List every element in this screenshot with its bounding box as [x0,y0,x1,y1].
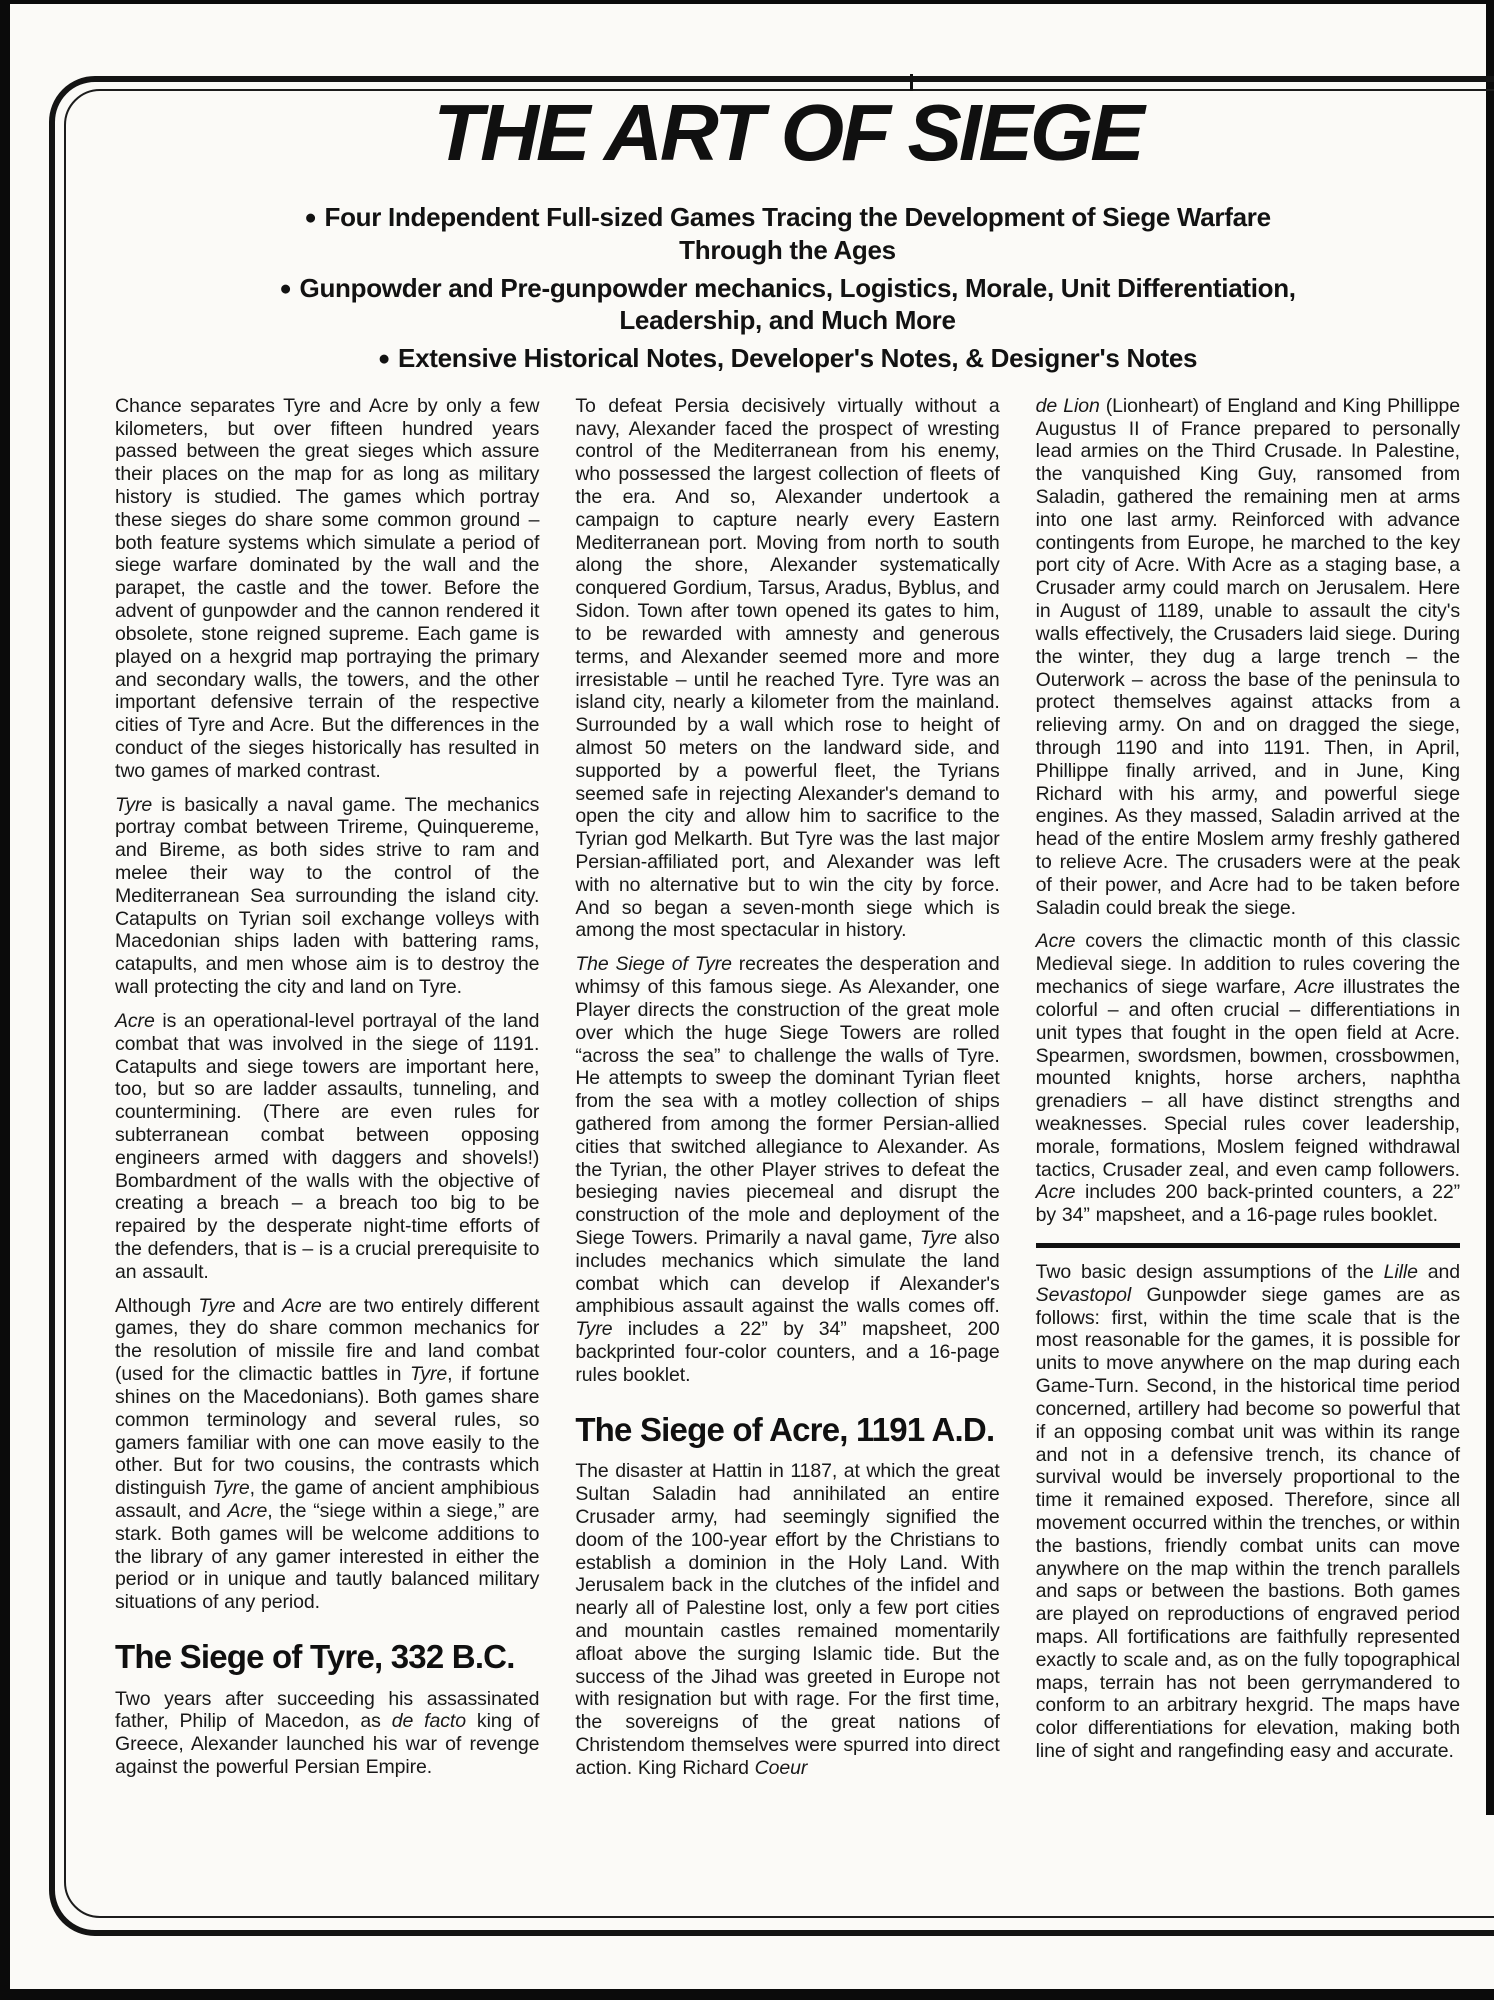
paragraph: Two basic design assumptions of the Lill… [1036,1261,1460,1763]
paragraph: Acre covers the climactic month of this … [1036,930,1460,1227]
page-title: THE ART OF SIEGE [102,95,1474,171]
paragraph: To defeat Persia decisively virtually wi… [575,395,999,943]
paragraph: Acre is an operational-level portrayal o… [115,1010,539,1284]
scan-edge-top [0,0,1494,4]
scanned-page: THE ART OF SIEGE ●Four Independent Full-… [0,0,1494,2000]
paragraph: de Lion (Lionheart) of England and King … [1036,395,1460,920]
masthead-bullet: ●Gunpowder and Pre-gunpowder mechanics, … [115,272,1460,338]
section-heading: The Siege of Tyre, 332 B.C. [115,1640,539,1675]
bullet-icon: ● [304,206,316,229]
column-2: To defeat Persia decisively virtually wi… [575,395,999,1791]
divider-rule [1036,1243,1460,1248]
section-heading: The Siege of Acre, 1191 A.D. [575,1413,999,1448]
column-1: Chance separates Tyre and Acre by only a… [115,395,539,1791]
scan-edge-bottom [0,1989,1494,2000]
bullet-icon: ● [279,277,291,300]
paragraph: Two years after succeeding his assassina… [115,1688,539,1779]
paragraph: Chance separates Tyre and Acre by only a… [115,395,539,783]
paragraph: Although Tyre and Acre are two entirely … [115,1295,539,1614]
paragraph: Tyre is basically a naval game. The mech… [115,794,539,999]
masthead-bullet: ●Extensive Historical Notes, Developer's… [115,342,1460,375]
column-3: de Lion (Lionheart) of England and King … [1036,395,1460,1791]
masthead: THE ART OF SIEGE ●Four Independent Full-… [115,95,1460,375]
paragraph: The disaster at Hattin in 1187, at which… [575,1460,999,1779]
masthead-bullet: ●Four Independent Full-sized Games Traci… [115,201,1460,267]
columns: Chance separates Tyre and Acre by only a… [115,395,1460,1791]
paragraph: The Siege of Tyre recreates the desperat… [575,953,999,1386]
masthead-bullets: ●Four Independent Full-sized Games Traci… [115,201,1460,375]
scan-edge-left [0,0,10,2000]
bullet-icon: ● [378,347,390,370]
page-content: THE ART OF SIEGE ●Four Independent Full-… [115,95,1460,1791]
